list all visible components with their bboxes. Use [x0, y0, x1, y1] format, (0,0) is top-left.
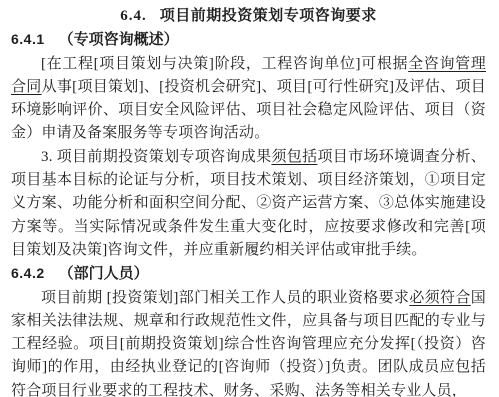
section-heading-label: （部门人员）: [59, 266, 149, 282]
doc-title-number: 6.4.: [120, 8, 147, 24]
section-heading-label: （专项咨询概述）: [59, 32, 179, 48]
paragraph: 3. 项目前期投资策划专项咨询成果须包括项目市场环境调查分析、项目基本目标的论证…: [11, 146, 486, 262]
text-run: 项目市场环境调查分析、项目基本目标的论证与分析，项目技术策划、项目经济策划，①项…: [11, 149, 486, 258]
text-run: 从事[项目策划]、[投资机会研究]、项目[可行性研究]及评估、项目环境影响评价、…: [11, 79, 486, 142]
underlined-text: 必须符合: [409, 290, 470, 306]
document-page: 6.4.项目前期投资策划专项咨询要求 6.4.1（专项咨询概述）[在工程[项目策…: [0, 0, 499, 397]
section-heading-number: 6.4.1: [11, 31, 45, 47]
paragraph: [在工程[项目策划与决策]阶段，工程咨询单位]可根据全咨询管理合同从事[项目策划…: [11, 53, 486, 146]
paragraph: 项目前期 [投资策划]部门相关工作人员的职业资格要求必须符合国家相关法律法规、规…: [11, 287, 486, 397]
text-run: [在工程[项目策划与决策]阶段，工程咨询单位]可根据: [41, 56, 408, 72]
section-heading: 6.4.2（部门人员）: [11, 262, 486, 286]
text-run: 3. 项目前期投资策划专项咨询成果: [41, 149, 271, 165]
document-body: 6.4.1（专项咨询概述）[在工程[项目策划与决策]阶段，工程咨询单位]可根据全…: [11, 28, 486, 397]
doc-title: 6.4.项目前期投资策划专项咨询要求: [11, 5, 486, 28]
text-run: 项目前期 [投资策划]部门相关工作人员的职业资格要求: [41, 290, 409, 306]
section-heading-number: 6.4.2: [11, 265, 45, 281]
doc-title-text: 项目前期投资策划专项咨询要求: [160, 8, 377, 24]
underlined-text: 须包括: [271, 149, 317, 165]
section-heading: 6.4.1（专项咨询概述）: [11, 28, 486, 52]
